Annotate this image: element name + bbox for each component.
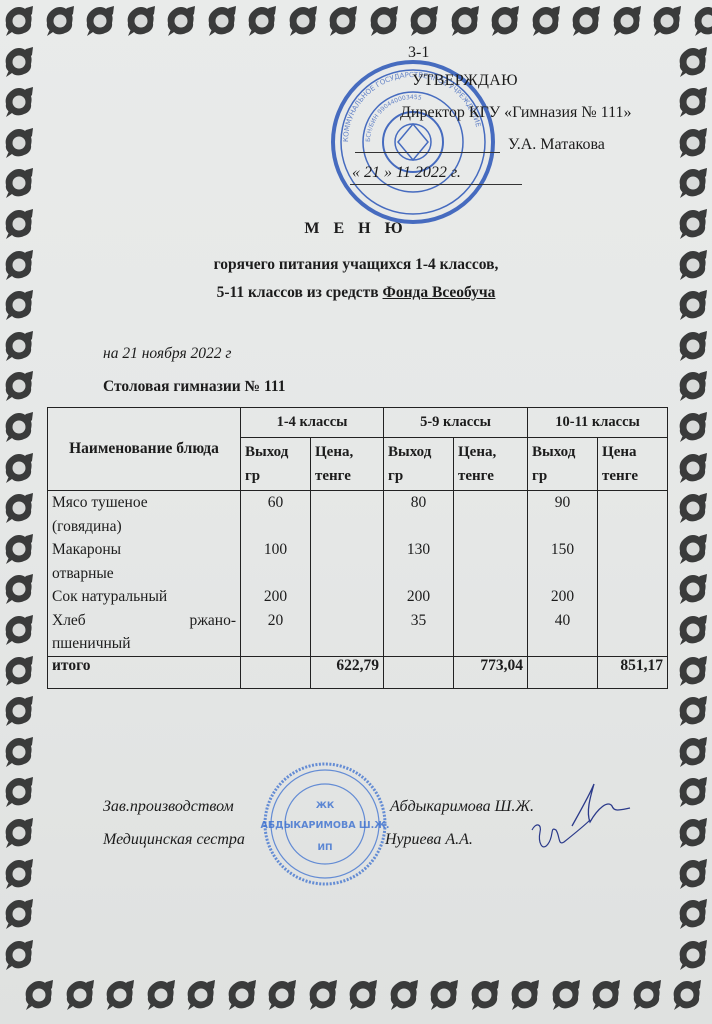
border-ornament-icon [22, 978, 56, 1012]
dish-qty: 200 [245, 585, 306, 609]
date-underline [350, 184, 522, 185]
header-group-5-9: 5-9 классы [384, 408, 528, 438]
header-price: Цена, тенге [311, 438, 384, 491]
company-stamp-bottom: ЖК АБДЫКАРИМОВА Ш.Ж. ИП [255, 760, 395, 888]
dish-qty [532, 632, 593, 656]
dish-qty: 200 [532, 585, 593, 609]
qty-cell-10-11: 90 150 20040 [528, 491, 598, 657]
border-ornament-icon [676, 613, 710, 647]
approval-heading: УТВЕРЖДАЮ [412, 72, 518, 90]
staff-role-nurse: Медицинская сестра [103, 831, 245, 849]
border-ornament-icon [569, 4, 603, 38]
dish-word: Хлеб [52, 609, 86, 633]
border-ornament-icon [676, 897, 710, 931]
border-ornament-icon [427, 978, 461, 1012]
border-ornament-icon [468, 978, 502, 1012]
border-ornament-icon [2, 775, 36, 809]
dish-qty: 150 [532, 538, 593, 562]
border-ornament-icon [2, 45, 36, 79]
fund-name: Фонда Всеобуча [383, 284, 496, 301]
border-ornament-icon [676, 369, 710, 403]
dish-qty: 130 [388, 538, 449, 562]
qty-cell-5-9: 80 130 20035 [384, 491, 454, 657]
header-group-10-11: 10-11 классы [528, 408, 668, 438]
border-ornament-icon [676, 166, 710, 200]
menu-subtitle-line1: горячего питания учащихся 1-4 классов, [0, 256, 712, 274]
dish-qty [532, 562, 593, 586]
dish-qty: 80 [388, 491, 449, 515]
border-ornament-icon [691, 4, 712, 38]
price-cell-10-11 [598, 491, 668, 657]
dish-name-line: Макароны [52, 538, 236, 562]
dish-qty: 200 [388, 585, 449, 609]
border-ornament-icon [676, 735, 710, 769]
border-ornament-icon [2, 410, 36, 444]
border-ornament-icon [2, 166, 36, 200]
document-page: КОММУНАЛЬНОЕ ГОСУДАРСТВЕННОЕ УЧРЕЖДЕНИЕ … [0, 0, 712, 1024]
price-cell-1-4 [311, 491, 384, 657]
border-ornament-icon [676, 938, 710, 972]
dish-qty [245, 515, 306, 539]
border-ornament-icon [630, 978, 664, 1012]
dish-name-line: Мясо тушеное [52, 491, 236, 515]
dish-qty [532, 515, 593, 539]
dish-qty: 35 [388, 609, 449, 633]
border-ornament-icon [306, 978, 340, 1012]
border-ornament-icon [387, 978, 421, 1012]
border-ornament-icon [2, 532, 36, 566]
border-ornament-icon [676, 126, 710, 160]
border-ornament-icon [63, 978, 97, 1012]
dish-qty [245, 632, 306, 656]
svg-text:АБДЫКАРИМОВА Ш.Ж.: АБДЫКАРИМОВА Ш.Ж. [261, 820, 390, 831]
border-ornament-icon [676, 654, 710, 688]
border-ornament-icon [2, 613, 36, 647]
dish-qty: 60 [245, 491, 306, 515]
border-ornament-icon [367, 4, 401, 38]
dish-qty: 20 [245, 609, 306, 633]
staff-role-production: Зав.производством [103, 798, 234, 816]
border-ornament-icon [184, 978, 218, 1012]
border-ornament-icon [2, 451, 36, 485]
border-ornament-icon [676, 410, 710, 444]
dish-names-cell: Мясо тушеное(говядина)МакароныотварныеСо… [48, 491, 241, 657]
border-ornament-icon [83, 4, 117, 38]
total-qty-1-4 [241, 656, 311, 688]
border-ornament-icon [286, 4, 320, 38]
border-ornament-icon [144, 978, 178, 1012]
dish-name-line: пшеничный [52, 632, 236, 656]
border-ornament-icon [676, 694, 710, 728]
border-ornament-icon [529, 4, 563, 38]
approver-position: Директор КГУ «Гимназия № 111» [400, 104, 631, 122]
dish-word: ржано- [189, 609, 236, 633]
border-ornament-icon [610, 4, 644, 38]
border-ornament-icon [676, 45, 710, 79]
price-cell-5-9 [454, 491, 528, 657]
total-price-10-11: 851,17 [598, 656, 668, 688]
header-price: Цена, тенге [454, 438, 528, 491]
signature-production [560, 780, 640, 830]
total-price-1-4: 622,79 [311, 656, 384, 688]
border-ornament-icon [2, 897, 36, 931]
border-ornament-icon [346, 978, 380, 1012]
border-ornament-icon [225, 978, 259, 1012]
canteen-name: Столовая гимназии № 111 [103, 378, 286, 396]
border-ornament-icon [164, 4, 198, 38]
menu-subtitle-line2: 5-11 классов из средств Фонда Всеобуча [0, 284, 712, 302]
dish-qty [388, 562, 449, 586]
menu-title: М Е Н Ю [0, 220, 712, 238]
subtitle-prefix: 5-11 классов из средств [217, 284, 383, 301]
total-qty-10-11 [528, 656, 598, 688]
border-ornament-icon [2, 329, 36, 363]
header-dish-name: Наименование блюда [48, 408, 241, 491]
border-ornament-icon [2, 857, 36, 891]
menu-table: Наименование блюда 1-4 классы 5-9 классы… [47, 407, 668, 689]
svg-text:ЖК: ЖК [316, 801, 335, 811]
header-qty: Выход гр [241, 438, 311, 491]
total-label: итого [48, 656, 241, 688]
border-ornament-icon [488, 4, 522, 38]
border-ornament-icon [2, 694, 36, 728]
total-price-5-9: 773,04 [454, 656, 528, 688]
border-ornament-icon [245, 4, 279, 38]
border-ornament-icon [205, 4, 239, 38]
qty-cell-1-4: 60 100 20020 [241, 491, 311, 657]
staff-name-nurse: Нуриева А.А. [385, 831, 473, 849]
border-ornament-icon [43, 4, 77, 38]
page-number: 3-1 [408, 44, 429, 62]
dish-qty [388, 632, 449, 656]
border-ornament-icon [2, 938, 36, 972]
border-ornament-icon [2, 491, 36, 525]
border-ornament-icon [2, 369, 36, 403]
border-ornament-icon [103, 978, 137, 1012]
border-ornament-icon [2, 4, 36, 38]
border-ornament-icon [676, 532, 710, 566]
svg-text:ИП: ИП [317, 843, 332, 853]
signature-line [355, 152, 500, 153]
border-ornament-icon [265, 978, 299, 1012]
total-row: итого 622,79 773,04 851,17 [48, 656, 668, 688]
border-ornament-icon [676, 775, 710, 809]
border-ornament-icon [676, 572, 710, 606]
border-ornament-icon [2, 126, 36, 160]
dish-qty: 90 [532, 491, 593, 515]
dish-name-line: (говядина) [52, 515, 236, 539]
border-ornament-icon [448, 4, 482, 38]
border-ornament-icon [407, 4, 441, 38]
border-ornament-icon [549, 978, 583, 1012]
border-ornament-icon [326, 4, 360, 38]
border-ornament-icon [2, 816, 36, 850]
menu-date: на 21 ноября 2022 г [103, 345, 231, 363]
border-ornament-icon [676, 816, 710, 850]
border-ornament-icon [676, 857, 710, 891]
total-qty-5-9 [384, 656, 454, 688]
border-ornament-icon [2, 735, 36, 769]
border-ornament-icon [676, 451, 710, 485]
approver-name: У.А. Матакова [508, 136, 605, 154]
dish-name-line: отварные [52, 562, 236, 586]
header-group-1-4: 1-4 классы [241, 408, 384, 438]
staff-name-production: Абдыкаримова Ш.Ж. [390, 798, 534, 816]
signature-nurse [528, 816, 608, 862]
border-ornament-icon [676, 491, 710, 525]
dish-qty: 40 [532, 609, 593, 633]
border-ornament-icon [676, 329, 710, 363]
border-ornament-icon [2, 572, 36, 606]
border-ornament-icon [508, 978, 542, 1012]
approval-date: « 21 » 11 2022 г. [352, 164, 461, 182]
dish-name-line: Хлебржано- [52, 609, 236, 633]
border-ornament-icon [2, 85, 36, 119]
border-ornament-icon [670, 978, 704, 1012]
header-qty: Выход гр [384, 438, 454, 491]
border-ornament-icon [676, 85, 710, 119]
border-ornament-icon [589, 978, 623, 1012]
header-price: Цена тенге [598, 438, 668, 491]
dish-qty [388, 515, 449, 539]
dish-name-line: Сок натуральный [52, 585, 236, 609]
border-ornament-icon [124, 4, 158, 38]
border-ornament-icon [650, 4, 684, 38]
border-ornament-icon [2, 654, 36, 688]
dish-qty: 100 [245, 538, 306, 562]
dishes-row: Мясо тушеное(говядина)МакароныотварныеСо… [48, 491, 668, 657]
dish-qty [245, 562, 306, 586]
header-qty: Выход гр [528, 438, 598, 491]
